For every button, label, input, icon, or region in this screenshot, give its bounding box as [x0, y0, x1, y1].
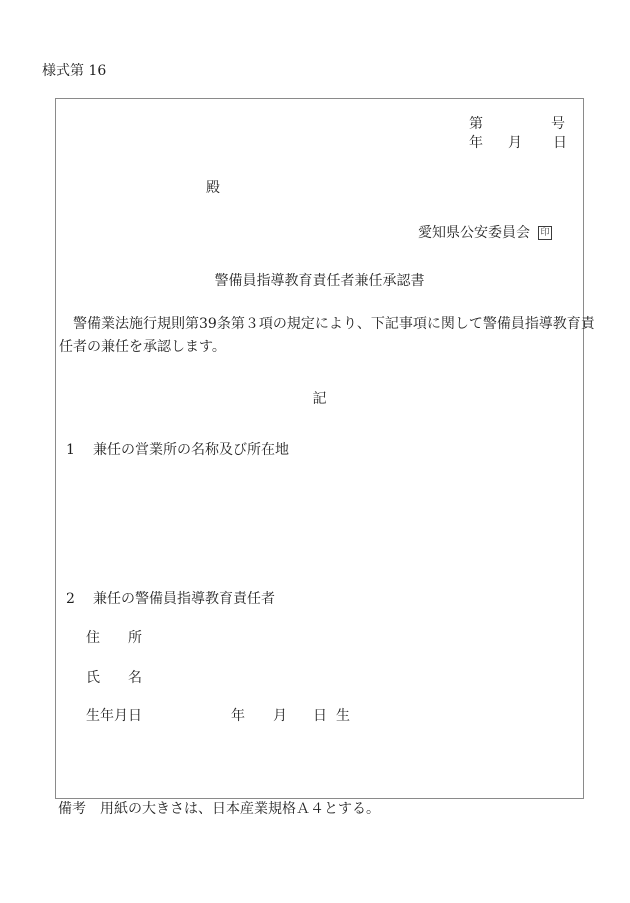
seal-mark-icon: 印 [538, 226, 552, 240]
doc-number-prefix: 第 [469, 116, 483, 132]
record-marker: 記 [56, 391, 583, 407]
addressee-honorific: 殿 [206, 180, 220, 196]
remarks-note: 備考 用紙の大きさは、日本産業規格Ａ４とする。 [58, 801, 380, 817]
item-2-number: 2 [66, 591, 75, 607]
birthdate-year-label: 年 [231, 708, 245, 724]
date-month-label: 月 [508, 135, 522, 151]
item-1-label: 兼任の営業所の名称及び所在地 [93, 442, 289, 458]
address-field-label: 住 所 [86, 630, 142, 646]
body-text-line-2: 任者の兼任を承認します。 [59, 339, 226, 355]
birthdate-day-label: 日 [313, 708, 327, 724]
body-text-line-1: 警備業法施行規則第39条第３項の規定により、下記事項に関して警備員指導教育責 [59, 316, 595, 332]
document-page: 様式第 16 第 号 年 月 日 殿 愛知県公安委員会 印 警備員指導教育責任者… [0, 0, 630, 903]
issuer-name: 愛知県公安委員会 [418, 225, 530, 241]
name-field-label: 氏 名 [86, 670, 142, 686]
birthdate-field-label: 生年月日 [86, 708, 142, 724]
date-day-label: 日 [553, 135, 567, 151]
document-border-box: 第 号 年 月 日 殿 愛知県公安委員会 印 警備員指導教育責任者兼任承認書 警… [55, 98, 584, 799]
birthdate-suffix-label: 生 [336, 708, 350, 724]
birthdate-month-label: 月 [273, 708, 287, 724]
doc-number-suffix: 号 [551, 116, 565, 132]
date-year-label: 年 [469, 135, 483, 151]
document-title: 警備員指導教育責任者兼任承認書 [56, 273, 583, 289]
item-1-number: 1 [66, 442, 75, 458]
form-number-label: 様式第 16 [42, 63, 106, 79]
item-2-label: 兼任の警備員指導教育責任者 [93, 591, 275, 607]
issuer-row: 愛知県公安委員会 印 [418, 225, 552, 241]
